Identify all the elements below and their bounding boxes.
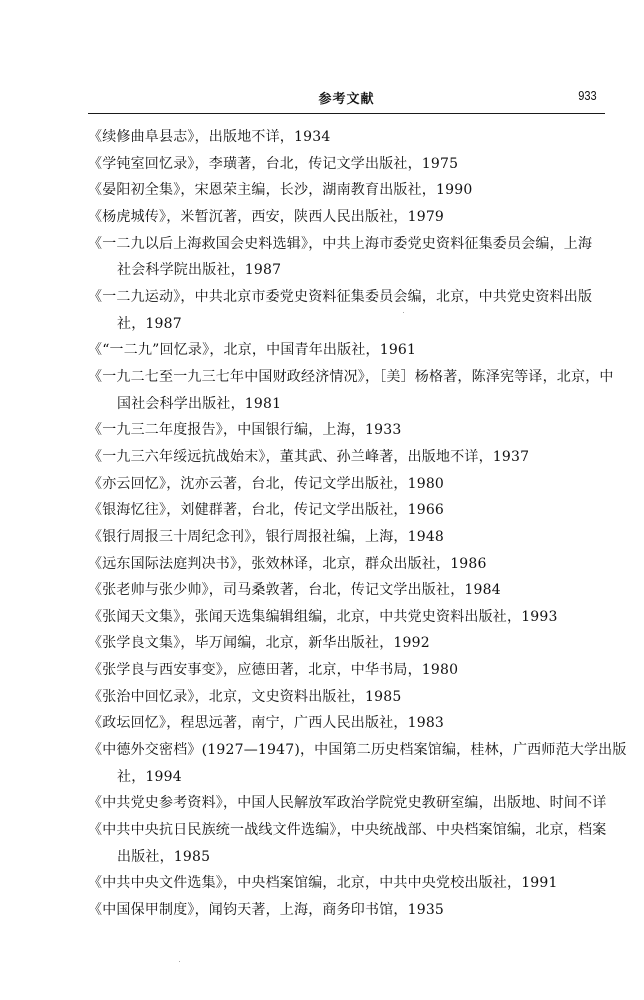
scan-speck [403,312,404,313]
reference-entry: 《中共中央抗日民族统一战线文件选编》，中央统战部、中央档案馆编，北京，档案 出版… [88,817,610,870]
reference-entry: 《银行周报三十周纪念刊》，银行周报社编，上海，1948 [88,524,610,551]
reference-entry: 《一二九运动》，中共北京市委党史资料征集委员会编，北京，中共党史资料出版 社，1… [88,284,610,337]
reference-line: 《银海忆往》，刘健群著，台北，传记文学出版社，1966 [117,497,610,524]
reference-entry: 《中国保甲制度》，闻钧天著，上海，商务印书馆，1935 [88,897,610,924]
reference-line-continued: 社，1987 [117,311,610,338]
scan-speck [179,961,180,962]
reference-entry: 《一二九以后上海救国会史料选辑》，中共上海市委党史资料征集委员会编，上海 社会科… [88,231,610,284]
reference-line: 《中共中央文件选集》，中央档案馆编，北京，中共中央党校出版社，1991 [117,870,610,897]
reference-entry: 《张闻天文集》，张闻天选集编辑组编，北京，中共党史资料出版社，1993 [88,604,610,631]
reference-list: 《续修曲阜县志》，出版地不详，1934 《学钝室回忆录》，李璜著，台北，传记文学… [88,124,610,924]
reference-entry: 《张老帅与张少帅》，司马桑敦著，台北，传记文学出版社，1984 [88,577,610,604]
reference-entry: 《一九三二年度报告》，中国银行编，上海，1933 [88,417,610,444]
reference-line: 《续修曲阜县志》，出版地不详，1934 [117,124,610,151]
reference-entry: 《银海忆往》，刘健群著，台北，传记文学出版社，1966 [88,497,610,524]
reference-entry: 《中共党史参考资料》，中国人民解放军政治学院党史教研室编，出版地、时间不详 [88,790,610,817]
reference-line: 《远东国际法庭判决书》，张效林译，北京，群众出版社，1986 [117,551,610,578]
reference-line-continued: 国社会科学出版社，1981 [117,391,610,418]
reference-entry: 《“一二九”回忆录》，北京，中国青年出版社，1961 [88,337,610,364]
reference-line: 《张治中回忆录》，北京，文史资料出版社，1985 [117,684,610,711]
reference-line: 《一九二七至一九三七年中国财政经济情况》，［美］杨格著，陈泽宪等译，北京，中 [117,364,610,391]
reference-entry: 《政坛回忆》，程思远著，南宁，广西人民出版社，1983 [88,710,610,737]
reference-line: 《“一二九”回忆录》，北京，中国青年出版社，1961 [117,337,610,364]
reference-entry: 《张学良文集》，毕万闻编，北京，新华出版社，1992 [88,630,610,657]
reference-line: 《一二九运动》，中共北京市委党史资料征集委员会编，北京，中共党史资料出版 [117,284,610,311]
reference-line-continued: 出版社，1985 [117,844,610,871]
reference-line: 《学钝室回忆录》，李璜著，台北，传记文学出版社，1975 [117,151,610,178]
page-header: 参考文献 933 [88,84,605,114]
reference-line-continued: 社会科学院出版社，1987 [117,257,610,284]
reference-entry: 《续修曲阜县志》，出版地不详，1934 [88,124,610,151]
reference-entry: 《中德外交密档》(1927—1947)，中国第二历史档案馆编，桂林，广西师范大学… [88,737,610,790]
reference-entry: 《一九二七至一九三七年中国财政经济情况》，［美］杨格著，陈泽宪等译，北京，中 国… [88,364,610,417]
reference-line-continued: 社，1994 [117,764,610,791]
reference-entry: 《一九三六年绥远抗战始末》，董其武、孙兰峰著，出版地不详，1937 [88,444,610,471]
reference-line: 《银行周报三十周纪念刊》，银行周报社编，上海，1948 [117,524,610,551]
reference-line: 《中德外交密档》(1927—1947)，中国第二历史档案馆编，桂林，广西师范大学… [117,737,610,764]
reference-line: 《政坛回忆》，程思远著，南宁，广西人民出版社，1983 [117,710,610,737]
reference-entry: 《亦云回忆》，沈亦云著，台北，传记文学出版社，1980 [88,471,610,498]
reference-line: 《一九三六年绥远抗战始末》，董其武、孙兰峰著，出版地不详，1937 [117,444,610,471]
reference-line: 《中共党史参考资料》，中国人民解放军政治学院党史教研室编，出版地、时间不详 [117,790,610,817]
reference-entry: 《张学良与西安事变》，应德田著，北京，中华书局，1980 [88,657,610,684]
reference-line: 《杨虎城传》，米暂沉著，西安，陕西人民出版社，1979 [117,204,610,231]
reference-entry: 《张治中回忆录》，北京，文史资料出版社，1985 [88,684,610,711]
reference-entry: 《中共中央文件选集》，中央档案馆编，北京，中共中央党校出版社，1991 [88,870,610,897]
reference-line: 《张学良文集》，毕万闻编，北京，新华出版社，1992 [117,630,610,657]
reference-line: 《亦云回忆》，沈亦云著，台北，传记文学出版社，1980 [117,471,610,498]
scan-speck [532,614,534,616]
reference-entry: 《学钝室回忆录》，李璜著，台北，传记文学出版社，1975 [88,151,610,178]
reference-entry: 《晏阳初全集》，宋恩荣主编，长沙，湖南教育出版社，1990 [88,177,610,204]
page-number: 933 [579,88,597,103]
reference-entry: 《远东国际法庭判决书》，张效林译，北京，群众出版社，1986 [88,551,610,578]
running-title: 参考文献 [88,88,605,107]
reference-line: 《张老帅与张少帅》，司马桑敦著，台北，传记文学出版社，1984 [117,577,610,604]
reference-line: 《中共中央抗日民族统一战线文件选编》，中央统战部、中央档案馆编，北京，档案 [117,817,610,844]
reference-entry: 《杨虎城传》，米暂沉著，西安，陕西人民出版社，1979 [88,204,610,231]
reference-line: 《一二九以后上海救国会史料选辑》，中共上海市委党史资料征集委员会编，上海 [117,231,610,258]
reference-line: 《晏阳初全集》，宋恩荣主编，长沙，湖南教育出版社，1990 [117,177,610,204]
reference-line: 《张闻天文集》，张闻天选集编辑组编，北京，中共党史资料出版社，1993 [117,604,610,631]
reference-line: 《中国保甲制度》，闻钧天著，上海，商务印书馆，1935 [117,897,610,924]
reference-line: 《一九三二年度报告》，中国银行编，上海，1933 [117,417,610,444]
reference-line: 《张学良与西安事变》，应德田著，北京，中华书局，1980 [117,657,610,684]
